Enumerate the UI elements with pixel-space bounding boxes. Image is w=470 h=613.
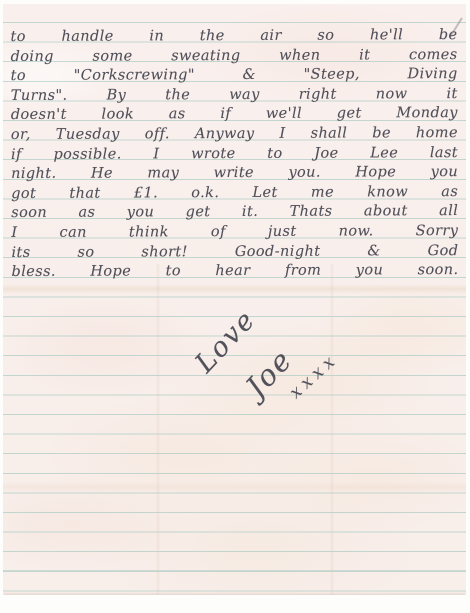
fold-crease-horizontal [3,482,466,492]
paper-bottom-edge [3,592,466,595]
fold-crease-horizontal [3,284,466,294]
letter-line: got that £1. o.k. Let me know as [11,183,458,205]
letter-line: night. He may write you. Hope you [11,163,458,185]
letter-line: doing some sweating when it comes [11,45,458,67]
fold-crease-vertical [156,264,160,595]
letter-paper: to handle in the air so he'll be doing s… [3,4,466,595]
letter-body-text: to handle in the air so he'll be doing s… [10,26,458,283]
letter-line: if possible. I wrote to Joe Lee last [11,143,458,165]
scanned-letter-page: { "letter": { "lines": [ "to handle in t… [0,0,470,613]
letter-line: bless. Hope to hear from you soon. [11,261,458,283]
letter-line: I can think of just now. Sorry [11,222,458,244]
ruled-line-bottom [3,570,466,591]
letter-line: Turns". By the way right now it [11,85,458,107]
letter-line: to "Corkscrewing" & "Steep, Diving [11,65,458,87]
letter-line: doesn't look as if we'll get Monday [11,104,458,126]
letter-line: its so short! Good-night & God [11,241,458,263]
fold-crease-vertical [330,264,334,595]
letter-line: to handle in the air so he'll be [10,26,457,48]
letter-line: or, Tuesday off. Anyway I shall be home [11,124,458,146]
letter-line: soon as you get it. Thats about all [11,202,458,224]
